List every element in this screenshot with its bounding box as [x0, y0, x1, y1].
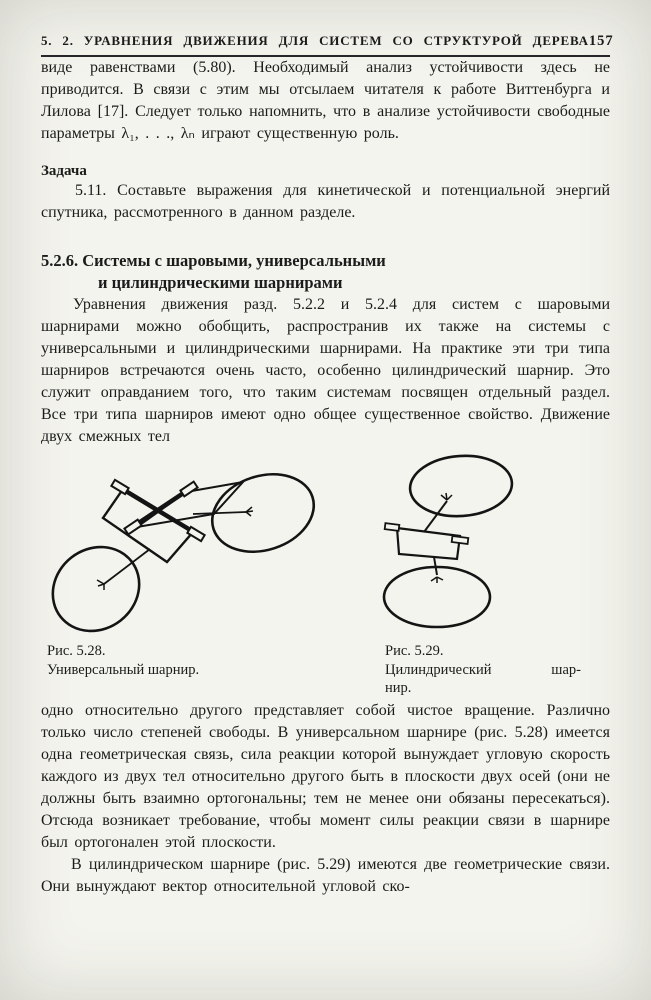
cylindrical-joint-drawing [372, 450, 537, 645]
bottom-body-ellipse [384, 567, 490, 627]
bearing-tab [385, 523, 400, 531]
paragraph-section-intro: Уравнения движения разд. 5.2.2 и 5.2.4 д… [41, 294, 610, 448]
paragraph-body-1: одно относительно другого представляет с… [41, 700, 610, 854]
figure-5-29-label: Рис. 5.29. [385, 642, 581, 661]
running-head-title: 5. 2. УРАВНЕНИЯ ДВИЖЕНИЯ ДЛЯ СИСТЕМ СО С… [41, 33, 589, 49]
figure-5-28-caption: Рис. 5.28. Универсальный шарнир. [47, 642, 277, 679]
section-heading-line1: 5.2.6. Системы с шаровыми, универсальным… [41, 250, 610, 272]
figure-5-29-text-line1: Цилиндрический шар- [385, 661, 581, 680]
bearing-cap [180, 482, 197, 497]
paragraph-intro: виде равенствами (5.80). Необходимый ана… [41, 57, 610, 145]
cylinder-body [397, 528, 460, 559]
top-body-ellipse [408, 453, 514, 520]
left-body-ellipse [40, 530, 156, 643]
running-head: 5. 2. УРАВНЕНИЯ ДВИЖЕНИЯ ДЛЯ СИСТЕМ СО С… [41, 0, 610, 50]
paragraph-body-2: В цилиндрическом шарнире (рис. 5.29) име… [41, 854, 610, 898]
figure-5-28-text: Универсальный шарнир. [47, 661, 277, 680]
universal-joint-drawing [40, 448, 345, 643]
figure-5-29-caption: Рис. 5.29. Цилиндрический шар- нир. [385, 642, 581, 698]
attachment-foot [431, 577, 443, 583]
attachment-foot [97, 580, 104, 590]
task-heading: Задача [41, 163, 610, 180]
bearing-cap [187, 527, 204, 541]
attachment-foot [441, 493, 452, 500]
bearing-tab [452, 536, 469, 544]
bearing-cap [124, 520, 141, 535]
bearing-cap [111, 480, 128, 494]
figure-5-28-label: Рис. 5.28. [47, 642, 277, 661]
figures-row: Рис. 5.28. Универсальный шарнир. Рис. 5.… [0, 448, 651, 700]
figure-5-29-text-line2: нир. [385, 679, 581, 698]
task-body: 5.11. Составьте выражения для кинетическ… [41, 180, 610, 224]
section-heading-line2: и цилиндрическими шарнирами [98, 272, 610, 294]
section-heading: 5.2.6. Системы с шаровыми, универсальным… [41, 250, 610, 294]
rod-to-left-body [104, 549, 150, 584]
attachment-foot [246, 507, 253, 516]
rod-to-right-body [193, 512, 246, 514]
page-number: 157 [589, 33, 614, 50]
book-page: 5. 2. УРАВНЕНИЯ ДВИЖЕНИЯ ДЛЯ СИСТЕМ СО С… [0, 0, 651, 1000]
upper-rod [424, 501, 447, 532]
